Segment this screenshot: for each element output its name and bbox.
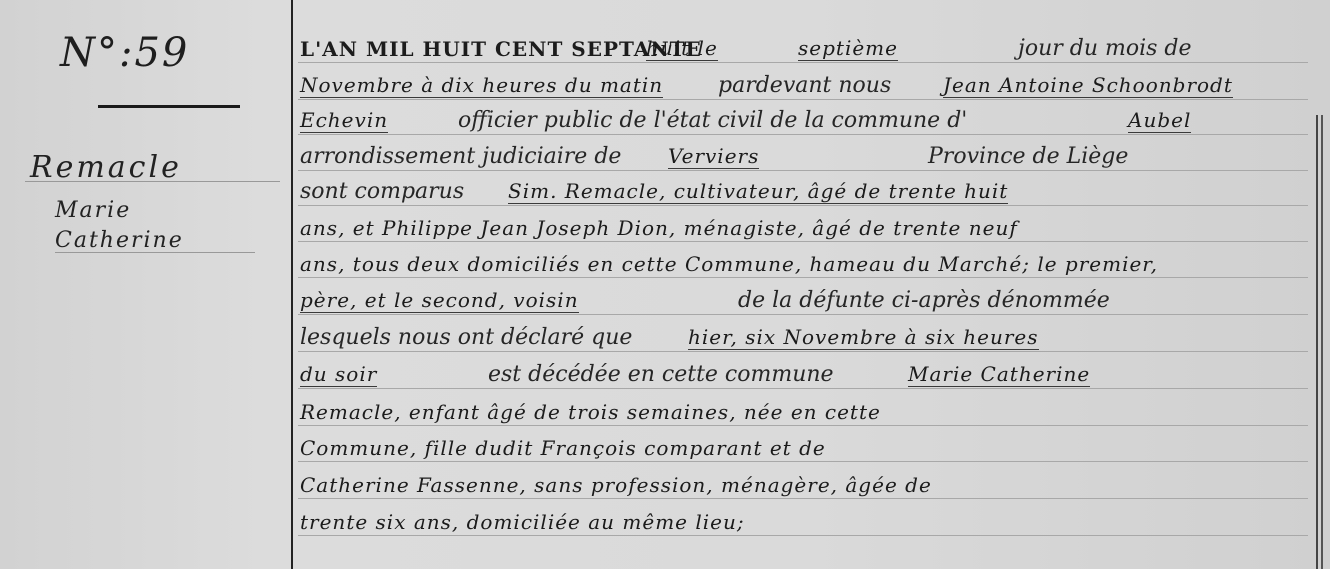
form-text: pardevant nous [718,73,891,98]
record-line-6: ans, et Philippe Jean Joseph Dion, ménag… [298,208,1308,248]
record-line-7: ans, tous deux domiciliés en cette Commu… [298,244,1308,284]
handwritten-officer-name: Jean Antoine Schoonbrodt [943,73,1233,98]
form-text: Province de Liège [928,144,1128,169]
form-text: de la défunte ci-après dénommée [738,288,1110,313]
handwritten-time: du soir [300,362,377,387]
record-line-10: du soir est décédée en cette commune Mar… [298,355,1308,395]
record-line-4: arrondissement judiciaire de Verviers Pr… [298,137,1308,177]
record-line-12: Commune, fille dudit François comparant … [298,428,1308,468]
act-number-rule [98,105,240,108]
handwritten-year-suffix: huit le [646,36,718,61]
form-text: est décédée en cette commune [488,362,834,387]
form-text: sont comparus [300,179,464,204]
record-line-9: lesquels nous ont déclaré que hier, six … [298,318,1308,358]
handwritten-parentage: Commune, fille dudit François comparant … [300,436,826,460]
handwritten-arrondissement: Verviers [668,144,759,169]
record-body: L'AN MIL HUIT CENT SEPTANTE huit le sept… [298,0,1313,569]
handwritten-deceased-details: Remacle, enfant âgé de trois semaines, n… [300,400,881,424]
handwritten-mother: Catherine Fassenne, sans profession, mén… [300,473,932,497]
act-number: N°:59 [60,30,189,76]
margin-divider [291,0,293,569]
handwritten-deceased-name: Marie Catherine [908,362,1090,387]
margin-first-name-2: Catherine [55,228,184,253]
handwritten-domicile: ans, tous deux domiciliés en cette Commu… [300,252,1158,276]
record-line-11: Remacle, enfant âgé de trois semaines, n… [298,392,1308,432]
handwritten-death-date: hier, six Novembre à six heures [688,325,1039,350]
record-line-5: sont comparus Sim. Remacle, cultivateur,… [298,172,1308,212]
margin-guide-line [25,181,280,182]
margin-surname: Remacle [30,150,182,185]
handwritten-officer-title: Echevin [300,108,388,133]
form-text: officier public de l'état civil de la co… [458,108,967,133]
form-text: lesquels nous ont déclaré que [300,325,632,350]
form-text: arrondissement judiciaire de [300,144,621,169]
right-border-line [1316,115,1318,569]
handwritten-commune: Aubel [1128,108,1191,133]
document-page: N°:59 Remacle Marie Catherine L'AN MIL H… [0,0,1330,569]
handwritten-mother-domicile: trente six ans, domiciliée au même lieu; [300,510,745,534]
margin-guide-line [55,252,255,253]
margin-column: N°:59 Remacle Marie Catherine [0,0,292,569]
right-border-line [1321,115,1323,569]
handwritten-day: septième [798,36,898,61]
handwritten-declarant-2: ans, et Philippe Jean Joseph Dion, ménag… [300,216,1018,240]
handwritten-relation: père, et le second, voisin [300,288,579,313]
record-line-2: Novembre à dix heures du matin pardevant… [298,66,1308,106]
form-text: jour du mois de [1018,36,1192,61]
record-line-14: trente six ans, domiciliée au même lieu; [298,502,1308,542]
record-line-1: L'AN MIL HUIT CENT SEPTANTE huit le sept… [298,29,1308,69]
record-line-3: Echevin officier public de l'état civil … [298,101,1308,141]
printed-heading: L'AN MIL HUIT CENT SEPTANTE [300,37,702,61]
record-line-13: Catherine Fassenne, sans profession, mén… [298,465,1308,505]
record-line-8: père, et le second, voisin de la défunte… [298,281,1308,321]
handwritten-month-time: Novembre à dix heures du matin [300,73,663,98]
margin-first-name-1: Marie [55,198,131,223]
handwritten-declarant-1: Sim. Remacle, cultivateur, âgé de trente… [508,179,1008,204]
